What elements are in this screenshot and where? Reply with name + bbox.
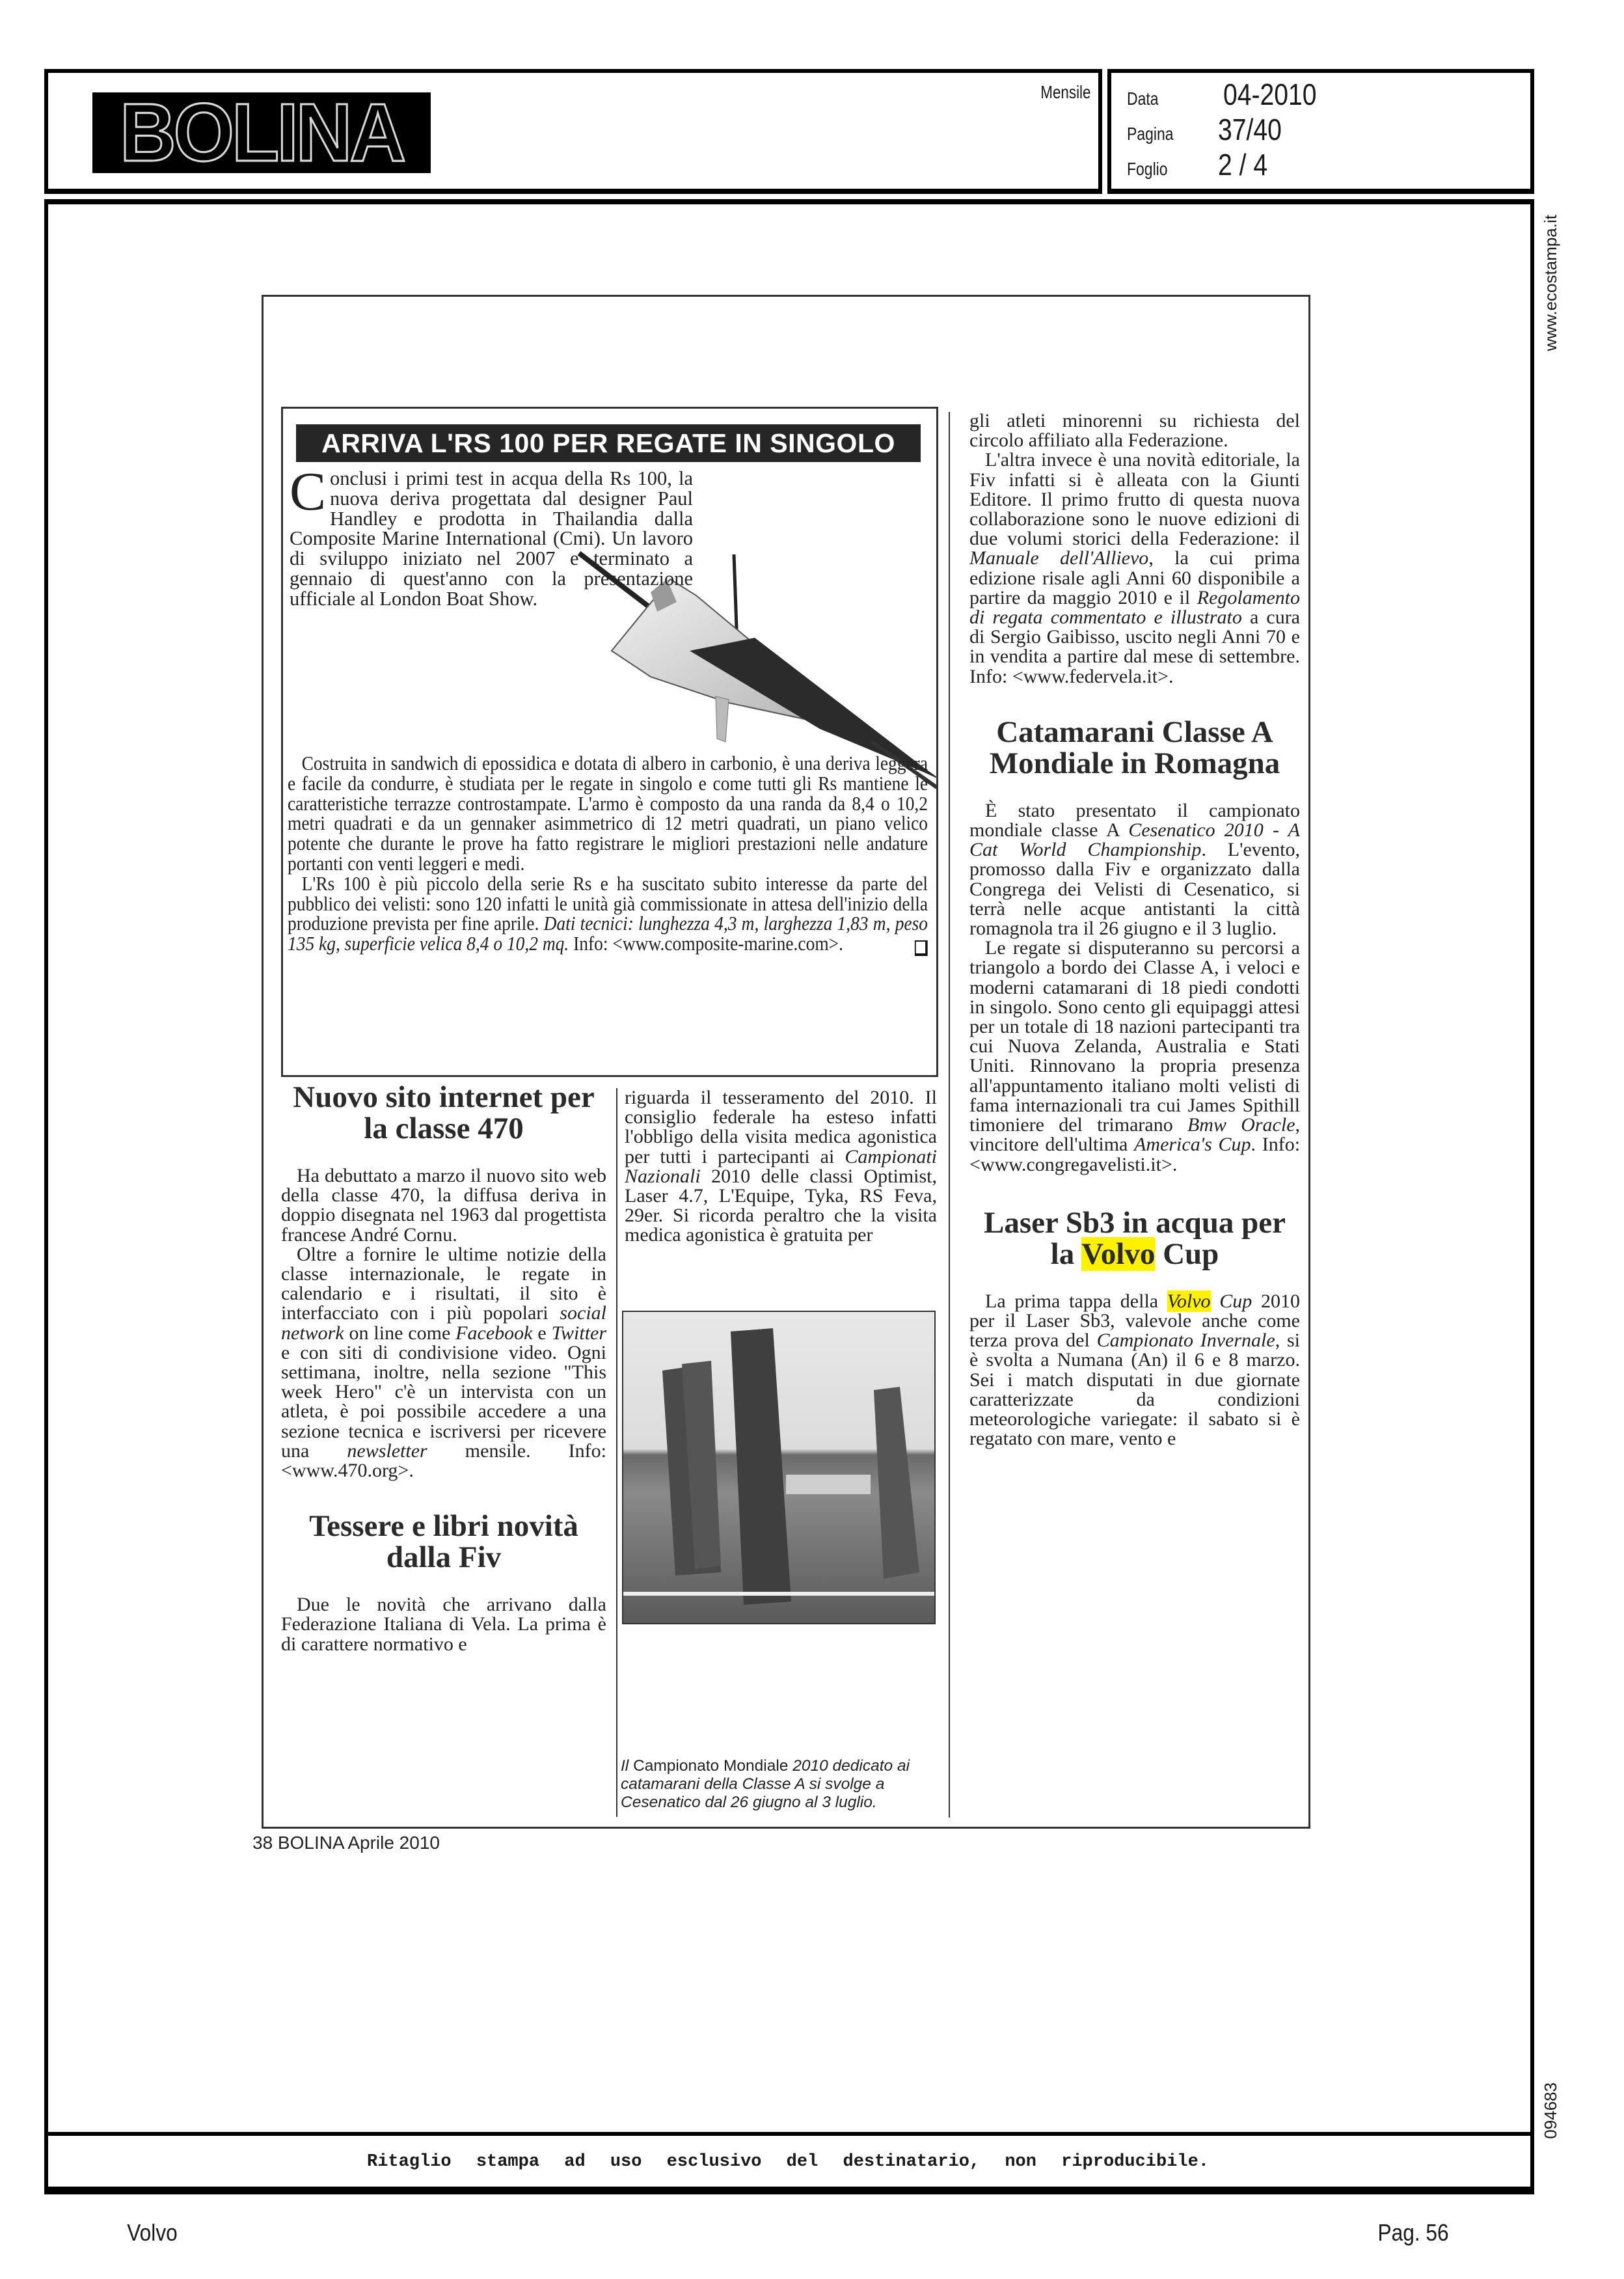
page-number: Pag. 56 <box>1377 2219 1448 2246</box>
logo-text: BOLINA <box>120 92 403 174</box>
meta-row-pagina: Pagina 37/40 <box>1127 112 1293 147</box>
tessere-paragraph-1-cont: riguarda il tesseramento del 2010. Il co… <box>625 1088 937 1246</box>
column-divider <box>949 412 950 1818</box>
column-divider <box>616 1088 617 1817</box>
highlight-volvo: Volvo <box>1167 1290 1211 1312</box>
column-left: Nuovo sito internet per la classe 470 Ha… <box>281 1082 606 1654</box>
nuovo-sito-paragraph-2: Oltre a fornire le ultime notizie della … <box>281 1245 606 1481</box>
catamarani-paragraph-1: È stato presentato il campionato mondial… <box>969 801 1300 938</box>
meta-value-date: 04-2010 <box>1223 77 1317 112</box>
sails-image <box>623 1312 934 1623</box>
meta-label: Data <box>1127 89 1202 109</box>
tessere-paragraph-1-end: gli atleti minorenni su richiesta del ci… <box>969 411 1300 450</box>
column-middle: riguarda il tesseramento del 2010. Il co… <box>625 1088 937 1246</box>
nuovo-sito-title: Nuovo sito internet per la classe 470 <box>281 1082 606 1144</box>
meta-label: Pagina <box>1127 124 1202 144</box>
article-end-mark-icon <box>915 940 928 956</box>
ecostampa-url: www.ecostampa.it <box>1541 215 1561 351</box>
dropcap: C <box>290 471 326 513</box>
tessere-title: Tessere e libri novità dalla Fiv <box>281 1510 606 1573</box>
rs100-intro-paragraph: Conclusi i primi test in acqua della Rs … <box>290 469 693 609</box>
column-right: gli atleti minorenni su richiesta del ci… <box>969 411 1300 1449</box>
laser-paragraph-1: La prima tappa della Volvo Cup 2010 per … <box>969 1292 1300 1449</box>
rs100-body: Costruita in sandwich di epossidica e do… <box>288 754 928 956</box>
catamarani-title: Catamarani Classe A Mondiale in Romagna <box>969 716 1300 779</box>
laser-title: Laser Sb3 in acqua per la Volvo Cup <box>969 1207 1300 1270</box>
header-masthead-box: BOLINA Mensile <box>44 69 1102 194</box>
bolina-logo: BOLINA <box>92 92 431 173</box>
rs100-paragraph-2: Costruita in sandwich di epossidica e do… <box>288 754 928 874</box>
meta-label: Foglio <box>1127 159 1202 180</box>
client-name: Volvo <box>127 2219 178 2246</box>
clipping-code: 094683 <box>1541 2082 1561 2139</box>
meta-row-data: Data 04-2010 <box>1127 77 1333 112</box>
footer-notice: Ritaglio stampa ad uso esclusivo del des… <box>367 2152 1209 2172</box>
tessere-paragraph-1: Due le novità che arrivano dalla Federaz… <box>281 1595 606 1654</box>
meta-value-page: 37/40 <box>1218 112 1282 147</box>
frequency-label: Mensile <box>1040 82 1090 103</box>
issue-footer: 38 BOLINA Aprile 2010 <box>252 1833 440 1853</box>
tessere-paragraph-2: L'altra invece è una novità editoriale, … <box>969 450 1300 686</box>
meta-value-sheet: 2 / 4 <box>1218 147 1267 182</box>
footer-notice-band: Ritaglio stampa ad uso esclusivo del des… <box>44 2132 1534 2194</box>
meta-row-foglio: Foglio 2 / 4 <box>1127 147 1277 182</box>
photo-caption: Il Campionato Mondiale 2010 dedicato ai … <box>621 1757 940 1812</box>
catamaran-photo <box>622 1311 936 1624</box>
catamarani-paragraph-2: Le regate si disputeranno su percorsi a … <box>969 938 1300 1174</box>
nuovo-sito-paragraph-1: Ha debuttato a marzo il nuovo sito web d… <box>281 1166 606 1245</box>
highlight-volvo: Volvo <box>1081 1237 1155 1271</box>
header-meta-box: Data 04-2010 Pagina 37/40 Foglio 2 / 4 <box>1107 69 1534 194</box>
rs100-paragraph-3: L'Rs 100 è più piccolo della serie Rs e … <box>288 874 928 954</box>
rs100-headline: ARRIVA L'RS 100 PER REGATE IN SINGOLO <box>296 424 921 462</box>
